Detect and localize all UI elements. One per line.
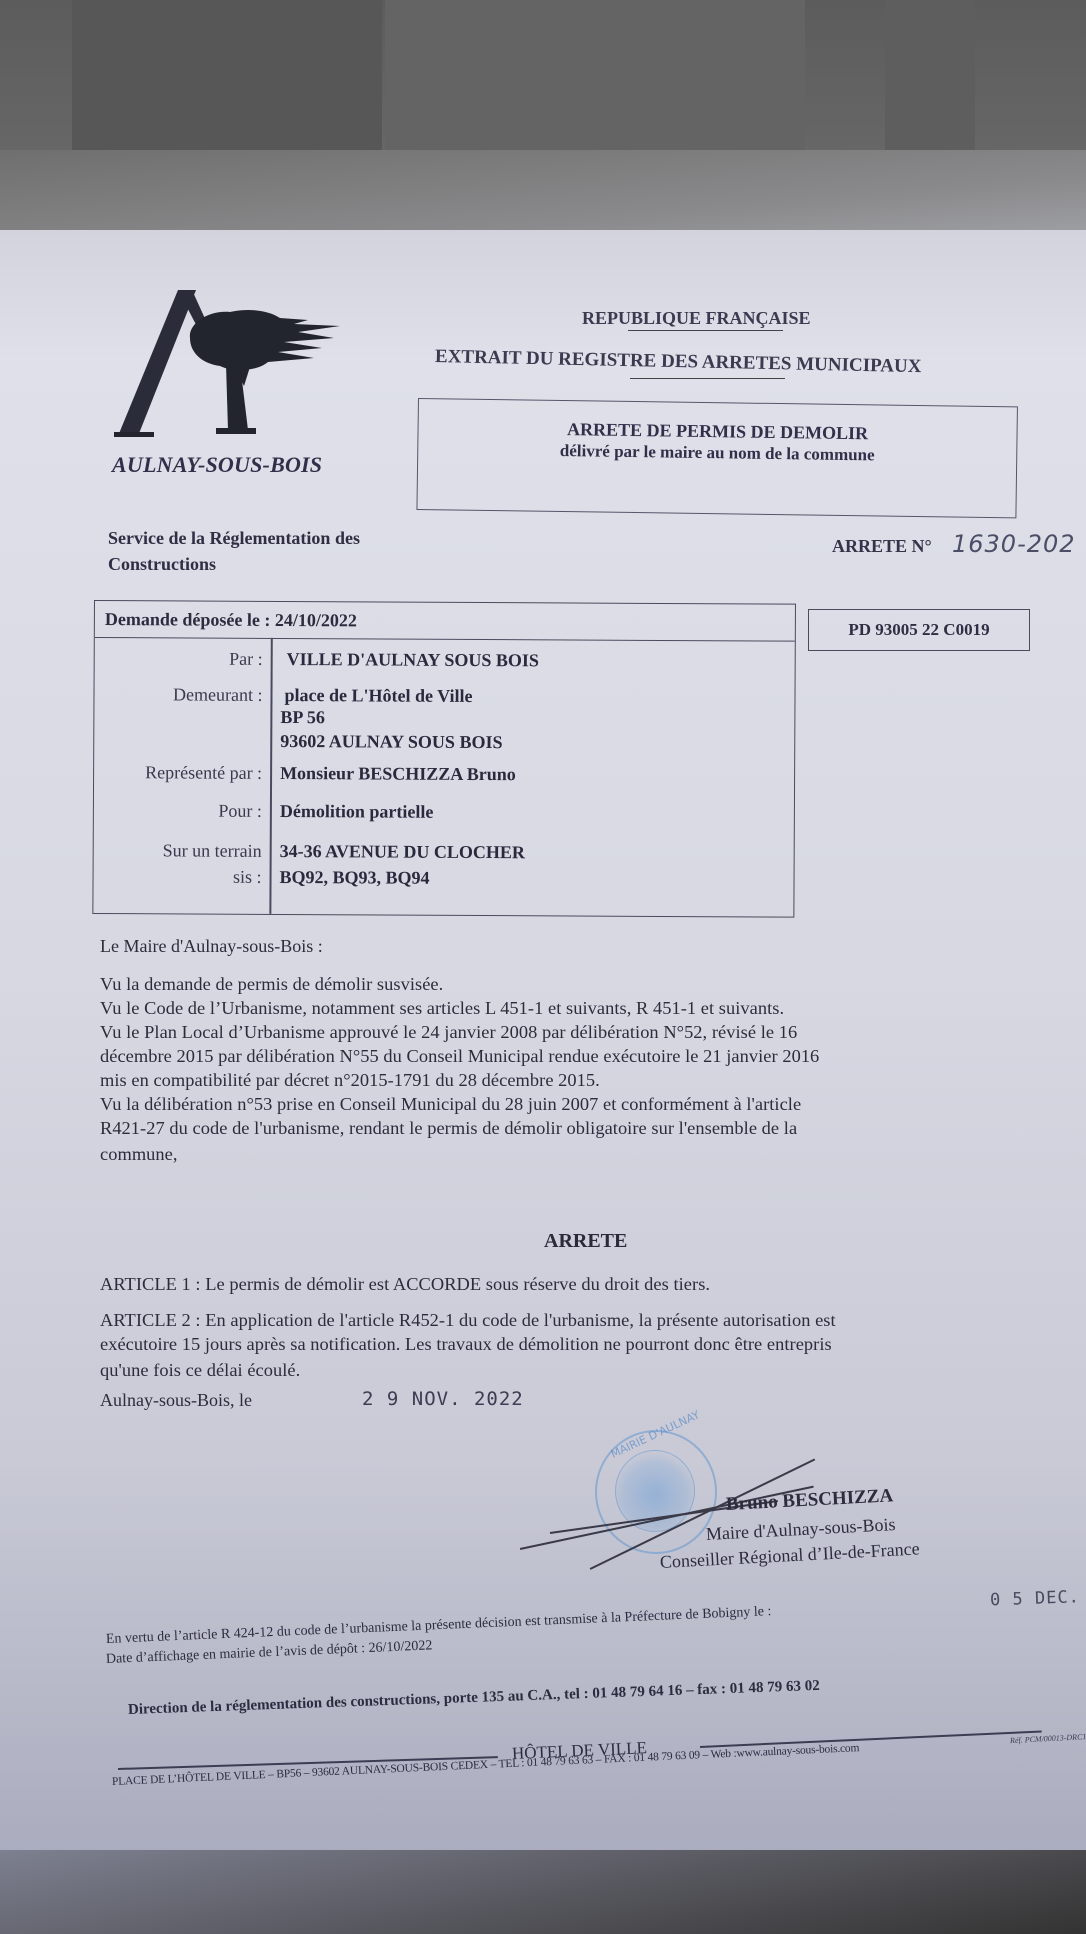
display-frame-bottom	[0, 1850, 1086, 1934]
republic-heading: REPUBLIQUE FRANÇAISE	[582, 308, 811, 329]
row-label: Demeurant :	[94, 683, 262, 706]
table-divider	[269, 638, 272, 914]
article-2-line: ARTICLE 2 : En application de l'article …	[100, 1310, 836, 1331]
consideration-line: Vu le Plan Local d’Urbanisme approuvé le…	[100, 1022, 797, 1043]
row-value: Démolition partielle	[280, 800, 434, 823]
consideration-line: commune,	[100, 1144, 178, 1165]
row-value: Monsieur BESCHIZZA Bruno	[280, 762, 516, 785]
permit-document: AULNAY-SOUS-BOIS REPUBLIQUE FRANÇAISE EX…	[0, 230, 1086, 1870]
signature-place: Aulnay-sous-Bois, le	[100, 1390, 252, 1411]
article-2-line: exécutoire 15 jours après sa notificatio…	[100, 1334, 832, 1355]
heading-underline	[630, 378, 785, 379]
row-value: VILLE D'AULNAY SOUS BOIS	[287, 648, 539, 671]
footer-rule	[700, 1730, 1042, 1747]
row-value: BP 56	[280, 706, 325, 728]
city-name-logo: AULNAY-SOUS-BOIS	[112, 452, 322, 478]
permit-details-table: Demande déposée le : 24/10/2022 Par : VI…	[92, 600, 796, 918]
stone-pillar	[385, 0, 805, 170]
row-label: Par :	[95, 647, 263, 670]
table-row: Représenté par : Monsieur BESCHIZZA Brun…	[94, 761, 794, 765]
stone-pillar	[72, 0, 382, 170]
row-value: BQ92, BQ93, BQ94	[279, 866, 429, 889]
row-value: place de L'Hôtel de Ville	[284, 684, 472, 707]
consideration-line: Vu la délibération n°53 prise en Conseil…	[100, 1094, 801, 1115]
transmission-date-stamp: 0 5 DEC. 202	[990, 1586, 1086, 1611]
signature-date-stamp: 2 9 NOV. 2022	[362, 1388, 524, 1410]
registry-heading: EXTRAIT DU REGISTRE DES ARRETES MUNICIPA…	[435, 346, 922, 378]
transmission-notice: En vertu de l’article R 424-12 du code d…	[106, 1604, 772, 1648]
row-value: 34-36 AVENUE DU CLOCHER	[280, 840, 525, 863]
preamble: Le Maire d'Aulnay-sous-Bois :	[100, 936, 323, 957]
table-row: Sur un terrain sis : 34-36 AVENUE DU CLO…	[94, 839, 794, 843]
row-label: Représenté par :	[94, 761, 262, 784]
permit-reference: PD 93005 22 C0019	[848, 620, 989, 639]
heading-underline	[628, 330, 783, 331]
table-row: Demeurant : place de L'Hôtel de Ville BP…	[95, 683, 795, 687]
table-row: Pour : Démolition partielle	[94, 799, 794, 803]
direction-contact: Direction de la réglementation des const…	[128, 1678, 820, 1719]
document-reference: Réf. PCM/00013-DRC10	[1010, 1732, 1086, 1745]
consideration-line: décembre 2015 par délibération N°55 du C…	[100, 1046, 819, 1067]
arrete-number-label: ARRETE N°	[832, 536, 932, 557]
arrete-number-handwritten: 1630-202	[952, 530, 1076, 558]
stone-pillar	[885, 0, 975, 170]
consideration-line: R421-27 du code de l'urbanisme, rendant …	[100, 1118, 797, 1139]
article-1: ARTICLE 1 : Le permis de démolir est ACC…	[100, 1274, 710, 1295]
consideration-line: Vu le Code de l’Urbanisme, notamment ses…	[100, 998, 784, 1019]
permit-reference-box: PD 93005 22 C0019	[808, 609, 1030, 651]
article-2-line: qu'une fois ce délai écoulé.	[100, 1360, 300, 1381]
row-label: Pour :	[94, 799, 262, 822]
permit-title-box: ARRETE DE PERMIS DE DEMOLIR délivré par …	[416, 398, 1018, 518]
consideration-line: mis en compatibilité par décret n°2015-1…	[100, 1070, 600, 1091]
decision-heading: ARRETE	[544, 1230, 627, 1253]
service-name: Service de la Réglementation des Constru…	[108, 525, 428, 577]
aulnay-tree-logo-icon	[108, 290, 348, 440]
row-label: Sur un terrain	[94, 839, 262, 862]
signer-role: Conseiller Régional d’Ile-de-France	[659, 1538, 920, 1573]
consideration-line: Vu la demande de permis de démolir susvi…	[100, 974, 443, 995]
deposit-date-header: Demande déposée le : 24/10/2022	[95, 601, 795, 642]
row-value: 93602 AULNAY SOUS BOIS	[280, 730, 502, 753]
table-row: Par : VILLE D'AULNAY SOUS BOIS	[95, 647, 795, 651]
row-label: sis :	[93, 865, 261, 888]
